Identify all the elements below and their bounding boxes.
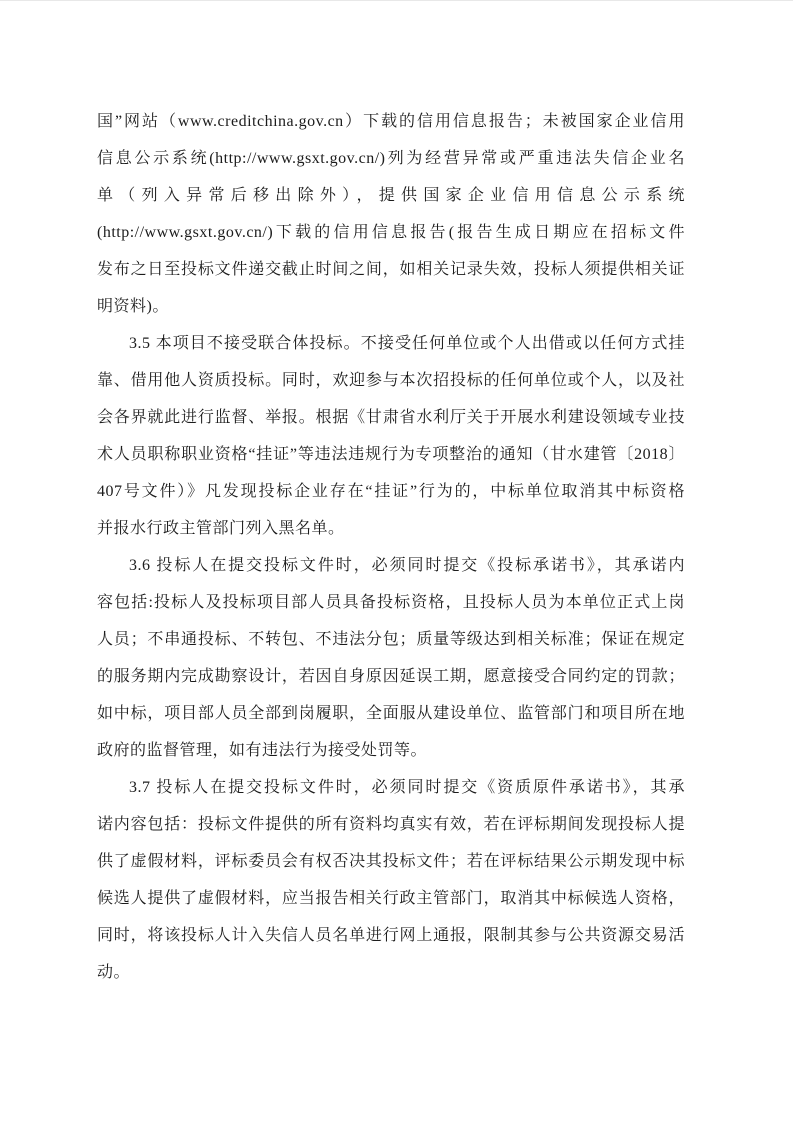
- paragraph-line: 3.6 投标人在提交投标文件时，必须同时提交《投标承诺书》，其承诺内: [97, 547, 685, 584]
- paragraph-line: 的服务期内完成勘察设计，若因自身原因延误工期，愿意接受合同约定的罚款；: [97, 658, 685, 695]
- paragraph-line: 动。: [97, 954, 685, 991]
- paragraph-line: 407号文件）》凡发现投标企业存在“挂证”行为的，中标单位取消其中标资格: [97, 473, 685, 510]
- paragraph-line: 政府的监督管理，如有违法行为接受处罚等。: [97, 732, 685, 769]
- paragraph-line: 人员；不串通投标、不转包、不违法分包；质量等级达到相关标准；保证在规定: [97, 621, 685, 658]
- document-body: 国”网站（www.creditchina.gov.cn）下载的信用信息报告；未被…: [97, 103, 685, 991]
- paragraph-line: 靠、借用他人资质投标。同时，欢迎参与本次招投标的任何单位或个人，以及社: [97, 362, 685, 399]
- paragraph-line: 容包括:投标人及投标项目部人员具备投标资格，且投标人员为本单位正式上岗: [97, 584, 685, 621]
- paragraph-clause-3-7: 3.7 投标人在提交投标文件时，必须同时提交《资质原件承诺书》，其承 诺内容包括…: [97, 769, 685, 991]
- paragraph-line: 3.5 本项目不接受联合体投标。不接受任何单位或个人出借或以任何方式挂: [97, 325, 685, 362]
- paragraph-line: 诺内容包括：投标文件提供的所有资料均真实有效，若在评标期间发现投标人提: [97, 806, 685, 843]
- document-page: 国”网站（www.creditchina.gov.cn）下载的信用信息报告；未被…: [0, 0, 793, 1122]
- paragraph-line: 信息公示系统(http://www.gsxt.gov.cn/)列为经营异常或严重…: [97, 140, 685, 177]
- paragraph-line: 术人员职称职业资格“挂证”等违法违规行为专项整治的通知（甘水建管〔2018〕: [97, 436, 685, 473]
- paragraph-line: 3.7 投标人在提交投标文件时，必须同时提交《资质原件承诺书》，其承: [97, 769, 685, 806]
- paragraph-line: 会各界就此进行监督、举报。根据《甘肃省水利厅关于开展水利建设领域专业技: [97, 399, 685, 436]
- paragraph-line: 发布之日至投标文件递交截止时间之间，如相关记录失效，投标人须提供相关证: [97, 251, 685, 288]
- paragraph-continuation: 国”网站（www.creditchina.gov.cn）下载的信用信息报告；未被…: [97, 103, 685, 325]
- paragraph-line: (http://www.gsxt.gov.cn/)下载的信用信息报告(报告生成日…: [97, 214, 685, 251]
- paragraph-line: 供了虚假材料，评标委员会有权否决其投标文件；若在评标结果公示期发现中标: [97, 843, 685, 880]
- paragraph-line: 并报水行政主管部门列入黑名单。: [97, 510, 685, 547]
- paragraph-line: 单（列入异常后移出除外），提供国家企业信用信息公示系统: [97, 177, 685, 214]
- paragraph-clause-3-6: 3.6 投标人在提交投标文件时，必须同时提交《投标承诺书》，其承诺内 容包括:投…: [97, 547, 685, 769]
- paragraph-line: 明资料)。: [97, 288, 685, 325]
- paragraph-line: 候选人提供了虚假材料，应当报告相关行政主管部门，取消其中标候选人资格，: [97, 880, 685, 917]
- paragraph-line: 同时，将该投标人计入失信人员名单进行网上通报，限制其参与公共资源交易活: [97, 917, 685, 954]
- paragraph-line: 国”网站（www.creditchina.gov.cn）下载的信用信息报告；未被…: [97, 103, 685, 140]
- paragraph-line: 如中标，项目部人员全部到岗履职，全面服从建设单位、监管部门和项目所在地: [97, 695, 685, 732]
- paragraph-clause-3-5: 3.5 本项目不接受联合体投标。不接受任何单位或个人出借或以任何方式挂 靠、借用…: [97, 325, 685, 547]
